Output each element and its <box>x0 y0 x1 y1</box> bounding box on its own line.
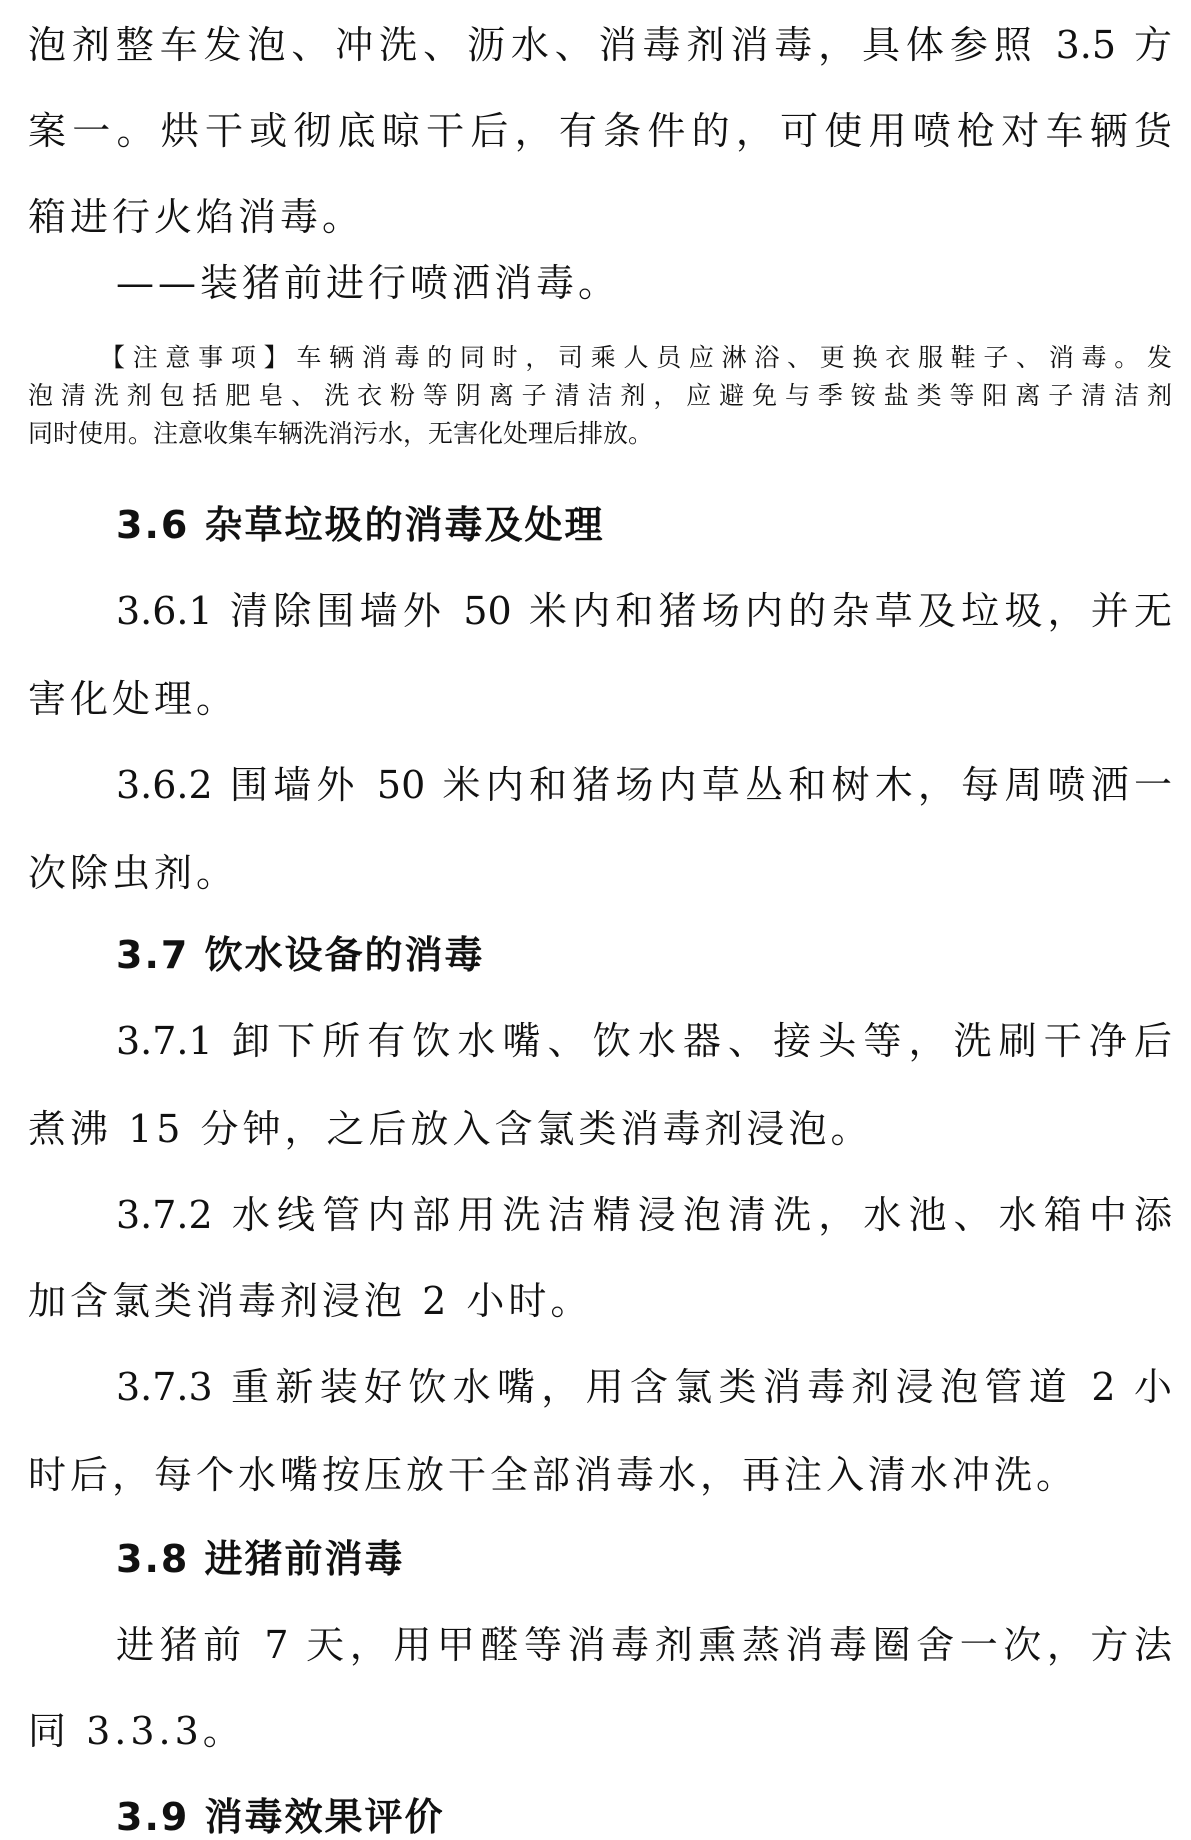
paragraph-line: 次除虫剂。 <box>28 848 1172 898</box>
paragraph-line: 进猪前 7 天，用甲醛等消毒剂熏蒸消毒圈舍一次，方法 <box>116 1620 1172 1670</box>
paragraph-line: 同 3.3.3。 <box>28 1706 1172 1756</box>
note-line: 泡清洗剂包括肥皂、洗衣粉等阴离子清洁剂，应避免与季铵盐类等阳离子清洁剂 <box>28 378 1172 413</box>
paragraph-line: 泡剂整车发泡、冲洗、沥水、消毒剂消毒，具体参照 3.5 方 <box>28 20 1172 70</box>
note-line: 【注意事项】车辆消毒的同时，司乘人员应淋浴、更换衣服鞋子、消毒。发 <box>100 340 1172 375</box>
paragraph-line: 3.6.2 围墙外 50 米内和猪场内草丛和树木，每周喷洒一 <box>116 760 1172 810</box>
section-heading: 3.6 杂草垃圾的消毒及处理 <box>116 500 1172 550</box>
section-heading: 3.7 饮水设备的消毒 <box>116 930 1172 980</box>
paragraph-line: 3.7.3 重新装好饮水嘴，用含氯类消毒剂浸泡管道 2 小 <box>116 1362 1172 1412</box>
section-heading: 3.9 消毒效果评价 <box>116 1792 1172 1840</box>
paragraph-line: 3.7.1 卸下所有饮水嘴、饮水器、接头等，洗刷干净后 <box>116 1016 1172 1066</box>
paragraph-line: 加含氯类消毒剂浸泡 2 小时。 <box>28 1276 1172 1326</box>
paragraph-line: 时后，每个水嘴按压放干全部消毒水，再注入清水冲洗。 <box>28 1450 1172 1500</box>
paragraph-line: 3.7.2 水线管内部用洗洁精浸泡清洗，水池、水箱中添 <box>116 1190 1172 1240</box>
note-label: 【注意事项】 <box>100 343 296 372</box>
note-line: 同时使用。注意收集车辆洗消污水，无害化处理后排放。 <box>28 416 1172 451</box>
paragraph-line: ——装猪前进行喷洒消毒。 <box>116 258 1172 308</box>
paragraph-line: 案一。烘干或彻底晾干后，有条件的，可使用喷枪对车辆货 <box>28 106 1172 156</box>
section-heading: 3.8 进猪前消毒 <box>116 1534 1172 1584</box>
paragraph-line: 害化处理。 <box>28 674 1172 724</box>
note-text: 车辆消毒的同时，司乘人员应淋浴、更换衣服鞋子、消毒。发 <box>296 343 1172 372</box>
document-page: 泡剂整车发泡、冲洗、沥水、消毒剂消毒，具体参照 3.5 方 案一。烘干或彻底晾干… <box>0 0 1191 1840</box>
paragraph-line: 箱进行火焰消毒。 <box>28 192 1172 242</box>
paragraph-line: 煮沸 15 分钟，之后放入含氯类消毒剂浸泡。 <box>28 1104 1172 1154</box>
paragraph-line: 3.6.1 清除围墙外 50 米内和猪场内的杂草及垃圾，并无 <box>116 586 1172 636</box>
